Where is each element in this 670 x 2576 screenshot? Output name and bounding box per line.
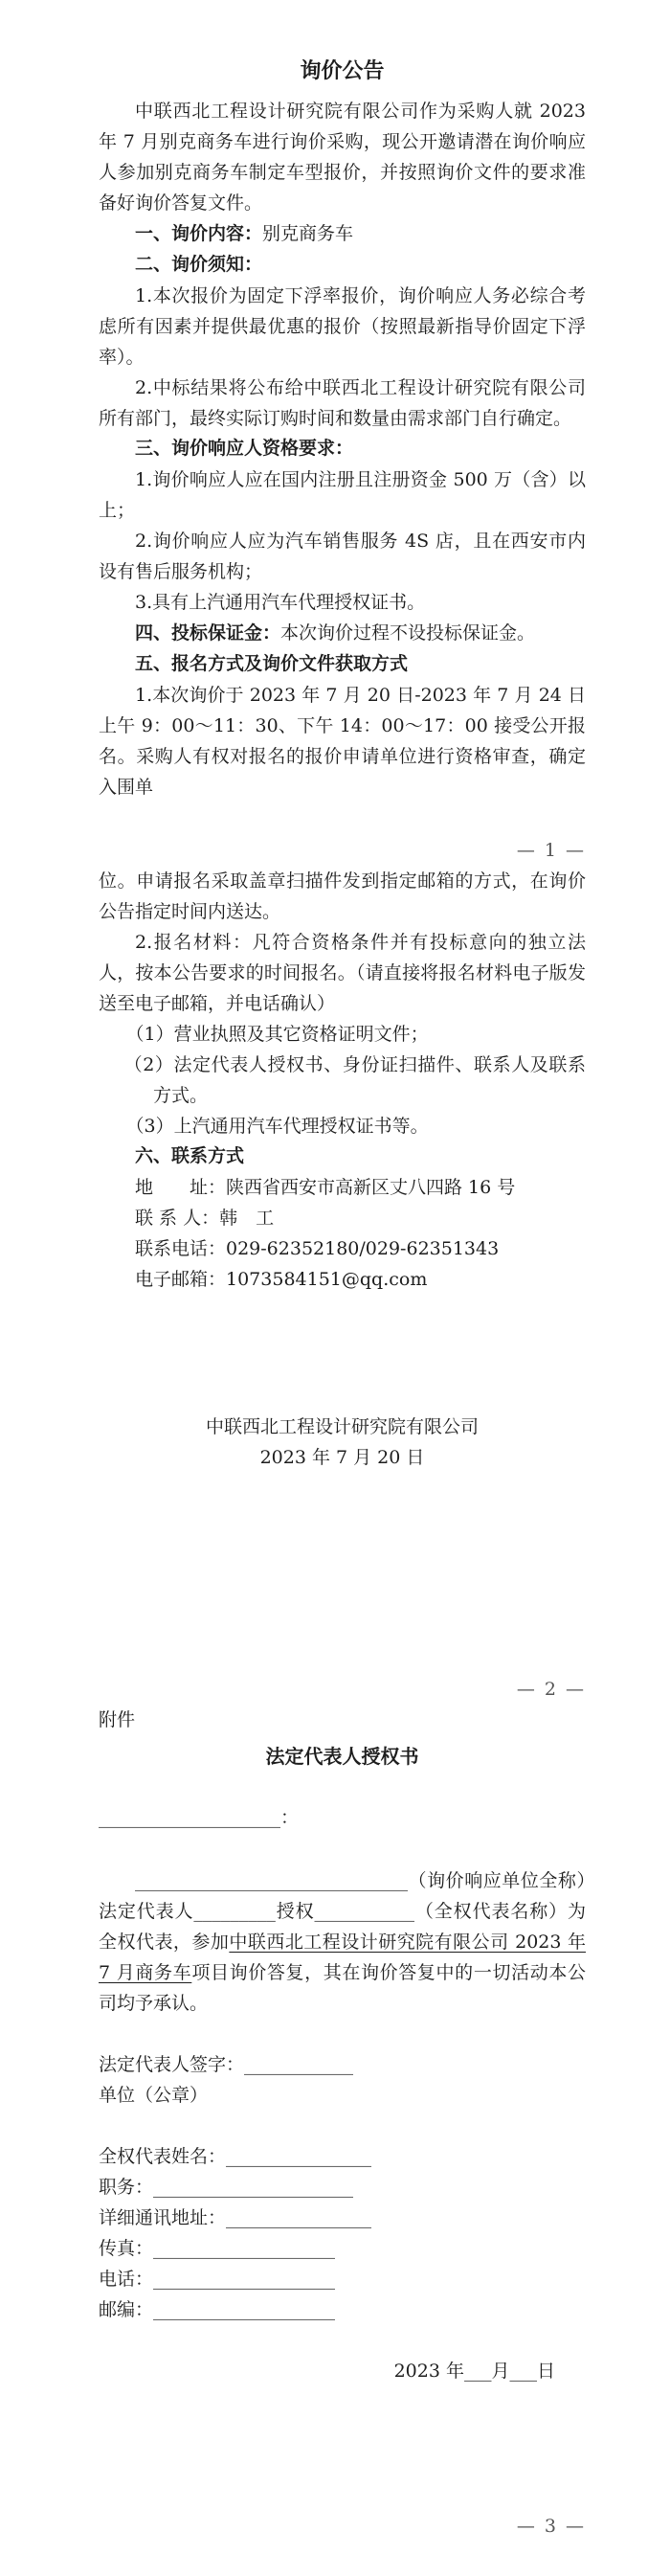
- section-5-sub-item-2: （2）法定代表人授权书、身份证扫描件、联系人及联系方式。: [99, 1050, 586, 1111]
- section-5-paragraph-1b: 位。申请报名采取盖章扫描件发到指定邮箱的方式，在询价公告指定时间内送达。: [99, 866, 586, 927]
- field-postal-code-blank: ____________________: [153, 2299, 335, 2320]
- field-position-label: 职务：: [99, 2177, 153, 2198]
- contact-email-line: 电子邮箱：1073584151@qq.com: [99, 1264, 586, 1295]
- field-telephone-blank: ____________________: [153, 2269, 335, 2290]
- section-4-line: 四、投标保证金：本次询价过程不设投标保证金。: [99, 618, 586, 649]
- page-number-3: — 3 —: [99, 2511, 586, 2542]
- inquiry-announcement-document: 询价公告 中联西北工程设计研究院有限公司作为采购人就 2023 年 7 月别克商…: [0, 0, 670, 2576]
- legal-representative-signature-line: 法定代表人签字：____________: [99, 2049, 586, 2080]
- attachment-label: 附件: [99, 1705, 586, 1735]
- field-telephone: 电话：____________________: [99, 2264, 586, 2294]
- section-4-value: 本次询价过程不设投标保证金。: [280, 622, 535, 644]
- field-postal-code: 邮编：____________________: [99, 2294, 586, 2325]
- field-agent-name-label: 全权代表姓名：: [99, 2146, 226, 2167]
- intro-paragraph: 中联西北工程设计研究院有限公司作为采购人就 2023 年 7 月别克商务车进行询…: [99, 96, 586, 218]
- authorization-paragraph: ______________________________（询价响应单位全称）…: [99, 1865, 586, 2019]
- attachment-title: 法定代表人授权书: [99, 1739, 586, 1774]
- authorized-agent-blank: ___________: [315, 1901, 415, 1922]
- company-seal-line: 单位（公章）: [99, 2080, 586, 2111]
- section-5-heading: 五、报名方式及询价文件获取方式: [99, 649, 586, 680]
- section-5-sub-item-1: （1）营业执照及其它资格证明文件；: [99, 1019, 586, 1050]
- section-4-heading: 四、投标保证金：: [135, 623, 280, 644]
- field-position: 职务：______________________: [99, 2172, 586, 2203]
- page-number-2: — 2 —: [99, 1674, 586, 1705]
- signature-company: 中联西北工程设计研究院有限公司: [99, 1412, 586, 1442]
- section-1-heading: 一、询价内容：: [135, 224, 262, 244]
- signature-field-blank: ____________: [244, 2054, 353, 2075]
- authorization-text-2: 授权: [276, 1901, 315, 1922]
- field-fax-label: 传真：: [99, 2238, 153, 2259]
- attachment-salutation-line: ____________________：: [99, 1802, 586, 1833]
- section-6-heading: 六、联系方式: [99, 1141, 586, 1172]
- attachment-date-line: 2023 年___月___日: [99, 2356, 586, 2386]
- field-fax-blank: ____________________: [153, 2238, 335, 2259]
- field-mailing-address-blank: ________________: [226, 2207, 371, 2228]
- company-name-blank: ______________________________: [135, 1870, 408, 1891]
- contact-person-line: 联 系 人：韩 工: [99, 1203, 586, 1233]
- field-agent-name-blank: ________________: [226, 2146, 371, 2167]
- legal-representative-blank: _________: [193, 1901, 276, 1922]
- field-position-blank: ______________________: [153, 2177, 353, 2198]
- contact-phone-line: 联系电话：029-62352180/029-62351343: [99, 1233, 586, 1264]
- field-fax: 传真：____________________: [99, 2233, 586, 2264]
- section-1-value: 别克商务车: [262, 223, 353, 244]
- salutation-colon: ：: [280, 1807, 299, 1828]
- field-postal-code-label: 邮编：: [99, 2299, 153, 2320]
- page-number-1: — 1 —: [99, 835, 586, 866]
- salutation-blank-line: ____________________: [99, 1807, 280, 1828]
- section-3-item-2: 2.询价响应人应为汽车销售服务 4S 店，且在西安市内设有售后服务机构；: [99, 526, 586, 587]
- section-5-paragraph-2: 2.报名材料：凡符合资格条件并有投标意向的独立法人，按本公告要求的时间报名。（请…: [99, 927, 586, 1019]
- field-agent-name: 全权代表姓名：________________: [99, 2141, 586, 2172]
- field-mailing-address-label: 详细通讯地址：: [99, 2207, 226, 2228]
- section-5-sub-item-3: （3）上汽通用汽车代理授权证书等。: [99, 1111, 586, 1141]
- section-5-paragraph-1a: 1.本次询价于 2023 年 7 月 20 日-2023 年 7 月 24 日上…: [99, 680, 586, 802]
- section-3-item-3: 3.具有上汽通用汽车代理授权证书。: [99, 587, 586, 618]
- field-telephone-label: 电话：: [99, 2269, 153, 2290]
- section-3-heading: 三、询价响应人资格要求：: [99, 434, 586, 464]
- section-2-item-1: 1.本次报价为固定下浮率报价，询价响应人务必综合考虑所有因素并提供最优惠的报价（…: [99, 281, 586, 373]
- field-mailing-address: 详细通讯地址：________________: [99, 2203, 586, 2233]
- document-title: 询价公告: [99, 54, 586, 88]
- section-3-item-1: 1.询价响应人应在国内注册且注册资金 500 万（含）以上；: [99, 464, 586, 526]
- contact-address-line: 地 址：陕西省西安市高新区丈八四路 16 号: [99, 1172, 586, 1203]
- signature-field-label: 法定代表人签字：: [99, 2054, 244, 2075]
- signature-date: 2023 年 7 月 20 日: [99, 1442, 586, 1473]
- section-1-line: 一、询价内容：别克商务车: [99, 218, 586, 250]
- section-2-heading: 二、询价须知：: [99, 250, 586, 281]
- section-2-item-2: 2.中标结果将公布给中联西北工程设计研究院有限公司所有部门，最终实际订购时间和数…: [99, 373, 586, 434]
